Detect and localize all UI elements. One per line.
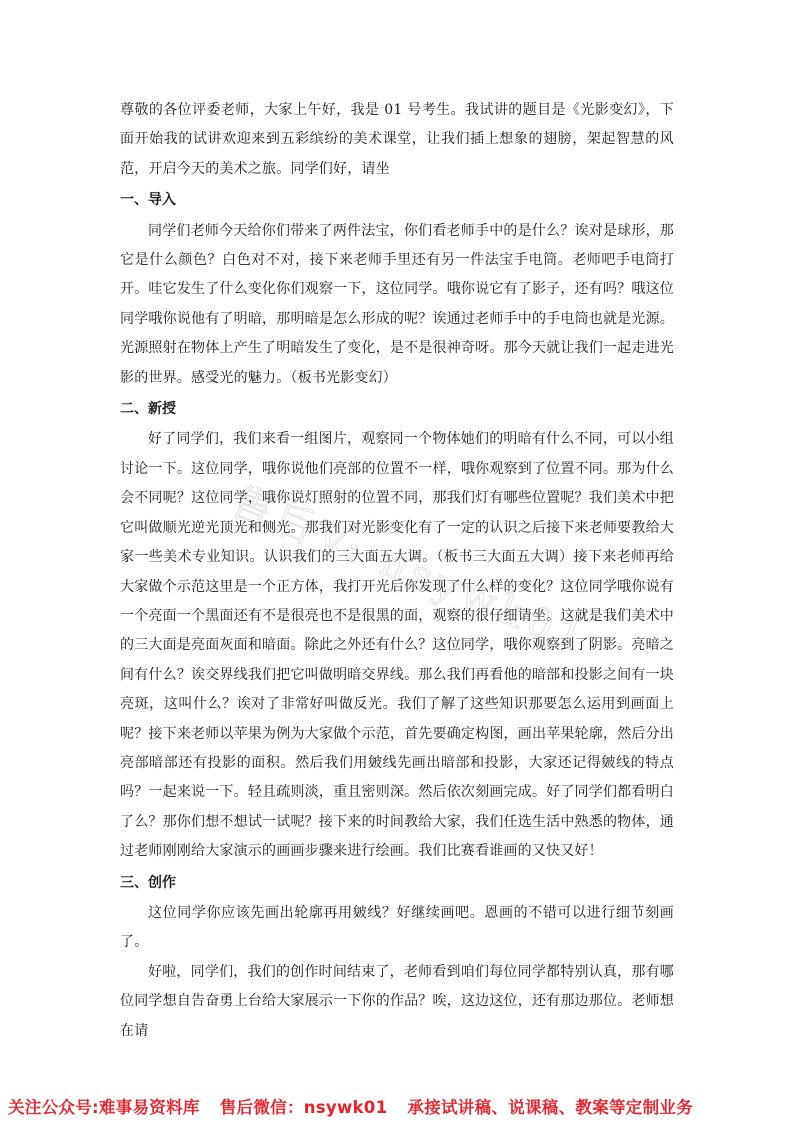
section-heading-creation: 三、创作 [120,869,674,898]
document-page: 尊敬的各位评委老师，大家上午好，我是 01 号考生。我试讲的题目是《光影变幻》，… [120,96,674,1046]
section-paragraph: 好啦，同学们，我们的创作时间结束了，老师看到咱们每位同学都特别认真，那有哪位同学… [120,958,674,1046]
footer-services: 承接试讲稿、说课稿、教案等定制业务 [407,1098,693,1117]
footer-wechat-account: 关注公众号:难事易资料库 [8,1098,200,1117]
section-paragraph: 同学们老师今天给你们带来了两件法宝，你们看老师手中的是什么？诶对是球形，那它是什… [120,217,674,393]
footer-after-sales-wechat: 售后微信：nsywk01 [220,1098,388,1117]
section-heading-new-lesson: 二、新授 [120,395,674,424]
section-heading-intro: 一、导入 [120,186,674,215]
section-paragraph: 好了同学们，我们来看一组图片，观察同一个物体她们的明暗有什么不同，可以小组讨论一… [120,425,674,866]
footer-banner: 关注公众号:难事易资料库 售后微信：nsywk01 承接试讲稿、说课稿、教案等定… [0,1094,793,1122]
intro-paragraph: 尊敬的各位评委老师，大家上午好，我是 01 号考生。我试讲的题目是《光影变幻》，… [120,96,674,184]
section-paragraph: 这位同学你应该先画出轮廓再用皴线？好继续画吧。恩画的不错可以进行细节刻画了。 [120,899,674,958]
